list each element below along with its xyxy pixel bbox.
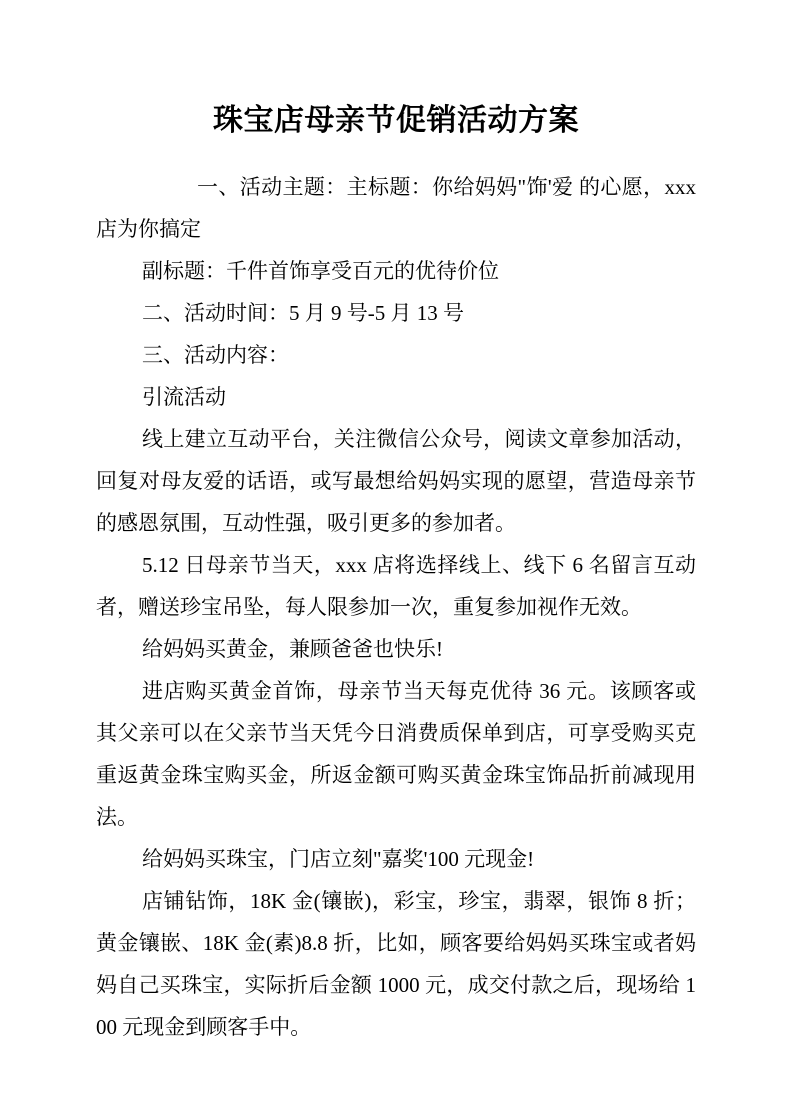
paragraph-discount-details: 店铺钻饰，18K 金(镶嵌)，彩宝，珍宝，翡翠，银饰 8 折；黄金镶嵌、18K … (96, 880, 696, 1048)
paragraph-activity-content-heading: 三、活动内容： (96, 334, 696, 376)
paragraph-traffic-activity: 引流活动 (96, 376, 696, 418)
paragraph-mothers-day-selection: 5.12 日母亲节当天，xxx 店将选择线上、线下 6 名留言互动者，赠送珍宝吊… (96, 544, 696, 628)
paragraph-buy-gold-slogan: 给妈妈买黄金，兼顾爸爸也快乐! (96, 628, 696, 670)
paragraph-activity-theme: 一、活动主题：主标题：你给妈妈"饰'爱 的心愿，xxx 店为你搞定 (96, 166, 696, 250)
paragraph-subtitle: 副标题：千件首饰享受百元的优待价位 (96, 250, 696, 292)
paragraph-activity-time: 二、活动时间：5 月 9 号-5 月 13 号 (96, 292, 696, 334)
paragraph-gold-discount-detail: 进店购买黄金首饰，母亲节当天每克优待 36 元。该顾客或其父亲可以在父亲节当天凭… (96, 670, 696, 838)
document-page: 珠宝店母亲节促销活动方案 一、活动主题：主标题：你给妈妈"饰'爱 的心愿，xxx… (0, 0, 792, 1120)
document-content: 珠宝店母亲节促销活动方案 一、活动主题：主标题：你给妈妈"饰'爱 的心愿，xxx… (96, 100, 696, 1048)
document-title: 珠宝店母亲节促销活动方案 (96, 100, 696, 142)
paragraph-jewelry-cash-reward: 给妈妈买珠宝，门店立刻"嘉奖'100 元现金! (96, 838, 696, 880)
paragraph-online-platform: 线上建立互动平台，关注微信公众号，阅读文章参加活动，回复对母友爱的话语，或写最想… (96, 418, 696, 544)
